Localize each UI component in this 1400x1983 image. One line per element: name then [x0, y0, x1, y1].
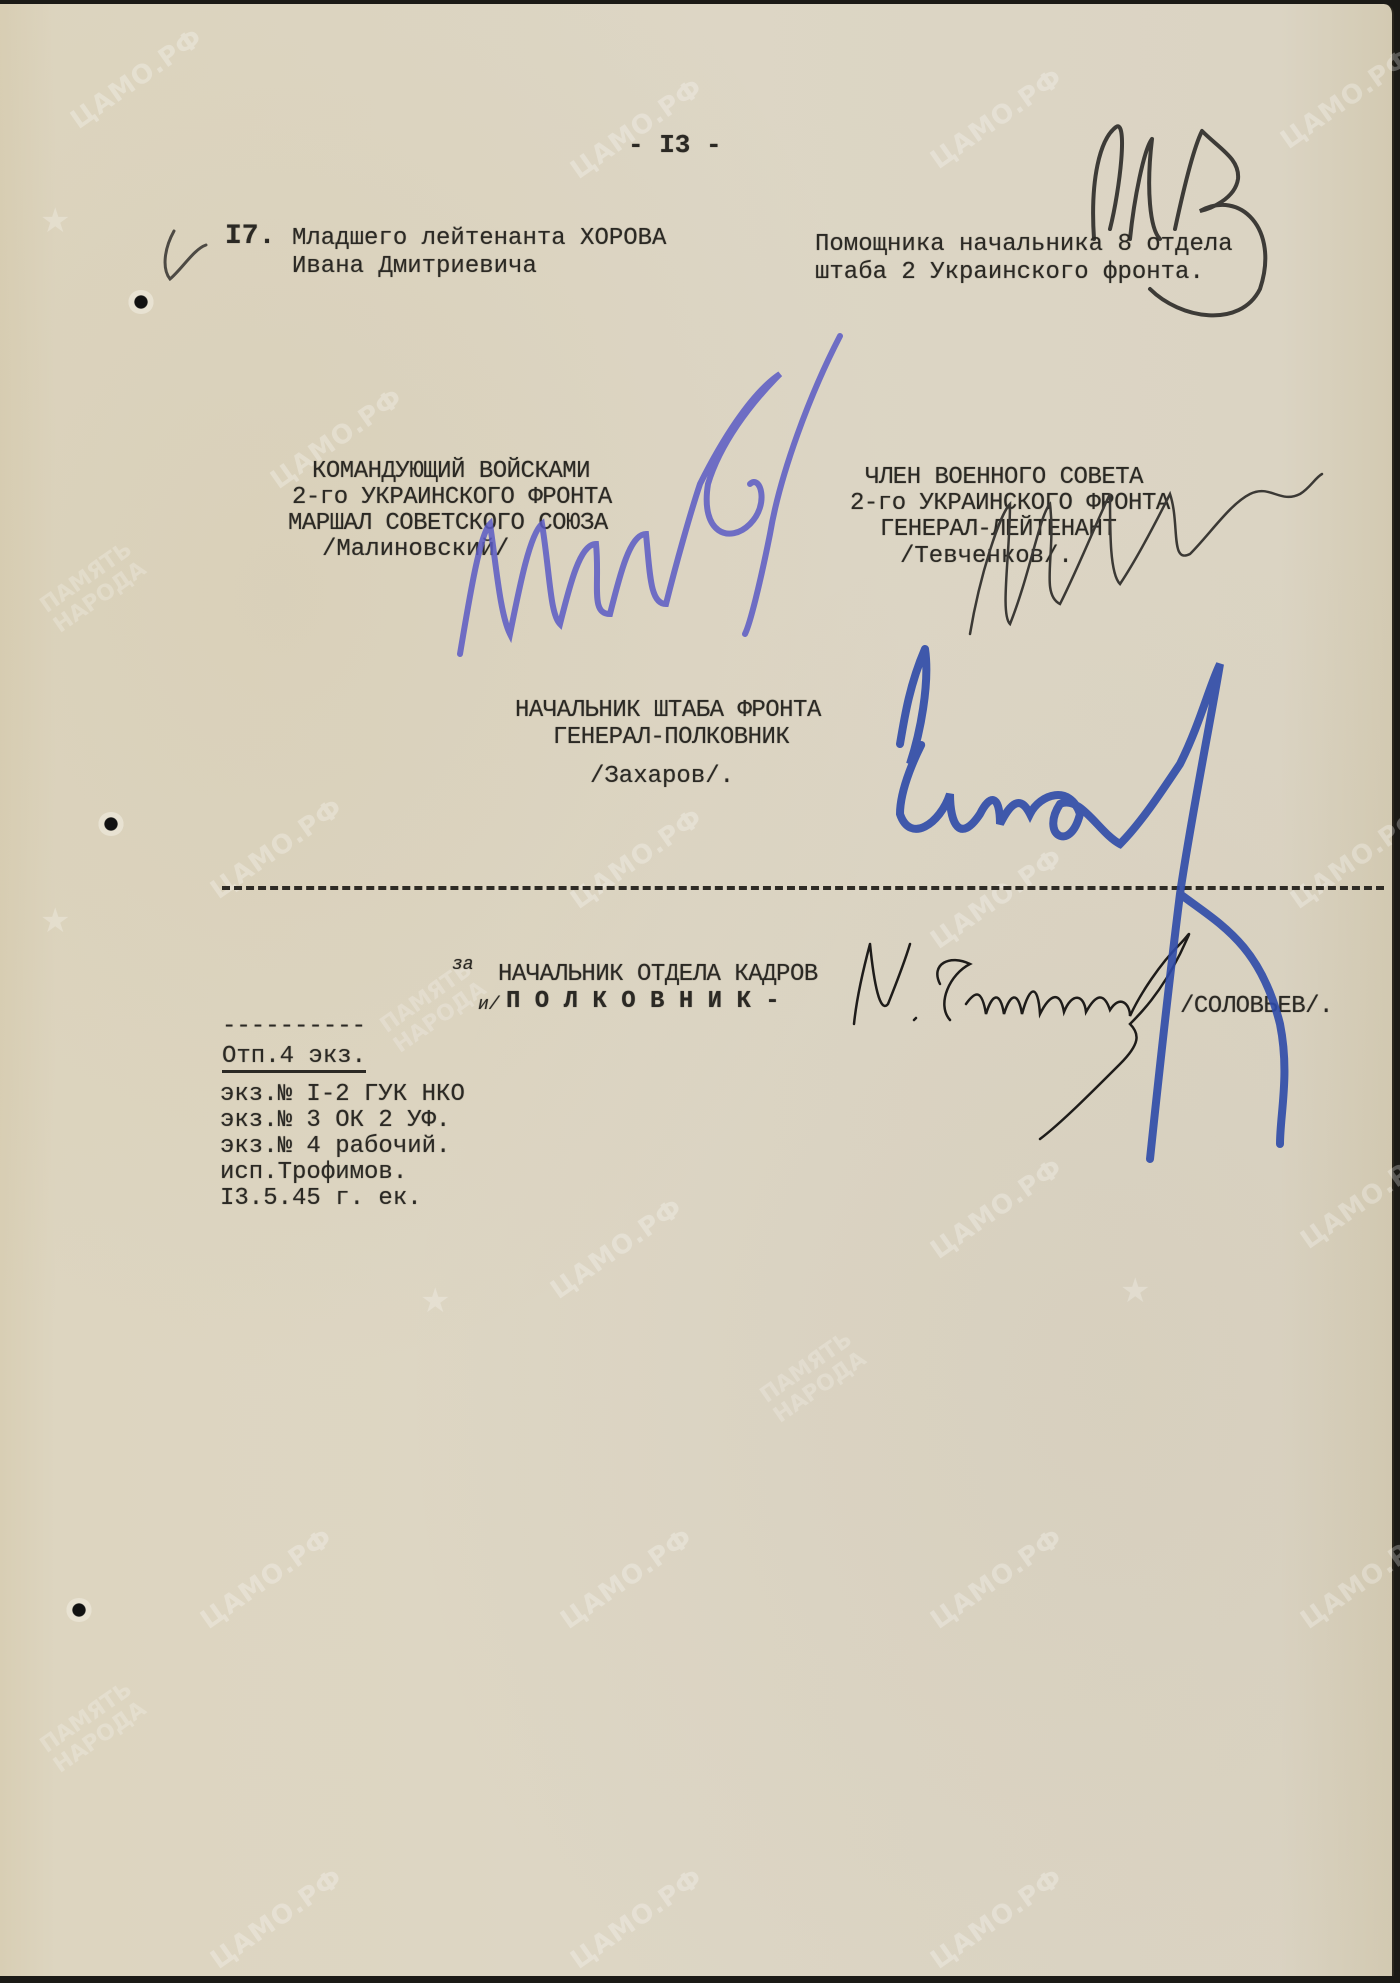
- personnel-prefix-za: за: [452, 952, 474, 978]
- watermark: ЦАМО.РФ: [195, 1523, 338, 1636]
- distribution-line: экз.№ I-2 ГУК НКО: [220, 1082, 465, 1108]
- star-icon: ★: [1120, 1274, 1154, 1308]
- star-icon: ★: [40, 904, 74, 938]
- document-page: ЦАМО.РФ ЦАМО.РФ ЦАМО.РФ ЦАМО.РФ ЦАМО.РФ …: [0, 4, 1394, 1976]
- binding-hole: [128, 290, 154, 314]
- personnel-head-title: НАЧАЛЬНИК ОТДЕЛА КАДРОВ: [498, 962, 818, 988]
- distribution-line: экз.№ 4 рабочий.: [220, 1134, 450, 1160]
- watermark: ЦАМО.РФ: [1295, 1523, 1400, 1636]
- entry-number: I7.: [225, 224, 275, 250]
- entry-patronymic: Ивана Дмитриевича: [292, 254, 537, 280]
- binding-hole: [98, 812, 124, 836]
- personnel-head-rank: П О Л К О В Н И К -: [506, 989, 780, 1015]
- check-mark-icon: [160, 229, 210, 284]
- watermark: ЦАМО.РФ: [925, 63, 1068, 176]
- binding-hole: [66, 1598, 92, 1622]
- star-icon: ★: [420, 1284, 454, 1318]
- watermark: ЦАМО.РФ: [565, 803, 708, 916]
- entry-position-line1: Помощника начальника 8 отдела: [815, 232, 1233, 258]
- watermark: ЦАМО.РФ: [925, 1863, 1068, 1976]
- chief-of-staff-name: /Захаров/.: [590, 764, 734, 790]
- distribution-header: Отп.4 экз.: [222, 1044, 366, 1073]
- personnel-prefix-io: и/: [478, 992, 500, 1018]
- archive-number-handwritten: [1080, 119, 1300, 329]
- chief-of-staff-rank: ГЕНЕРАЛ-ПОЛКОВНИК: [553, 725, 789, 751]
- distribution-line: экз.№ 3 ОК 2 УФ.: [220, 1108, 450, 1134]
- entry-position-line2: штаба 2 Украинского фронта.: [815, 260, 1204, 286]
- watermark: ЦАМО.РФ: [545, 1193, 688, 1306]
- watermark-block: ПАМЯТЬ НАРОДА: [756, 1328, 871, 1429]
- watermark: ЦАМО.РФ: [205, 1863, 348, 1976]
- watermark: ЦАМО.РФ: [555, 1523, 698, 1636]
- distribution-separator: ----------: [222, 1014, 366, 1040]
- watermark-block: ПАМЯТЬ НАРОДА: [36, 538, 151, 639]
- entry-rank-name: Младшего лейтенанта ХОРОВА: [292, 226, 666, 252]
- distribution-line: исп.Трофимов.: [220, 1160, 407, 1186]
- chief-of-staff-title: НАЧАЛЬНИК ШТАБА ФРОНТА: [515, 698, 821, 724]
- signature-chief-of-staff: [880, 644, 1380, 1184]
- watermark: ЦАМО.РФ: [925, 1523, 1068, 1636]
- signature-commander: [450, 334, 910, 664]
- watermark-block: ПАМЯТЬ НАРОДА: [36, 1678, 151, 1779]
- signature-council-member: [960, 474, 1330, 644]
- star-icon: ★: [40, 204, 74, 238]
- watermark: ЦАМО.РФ: [565, 73, 708, 186]
- watermark: ЦАМО.РФ: [65, 23, 208, 136]
- distribution-date-line: I3.5.45 г. ек.: [220, 1186, 422, 1212]
- page-number: - I3 -: [628, 132, 722, 158]
- watermark: ЦАМО.РФ: [565, 1863, 708, 1976]
